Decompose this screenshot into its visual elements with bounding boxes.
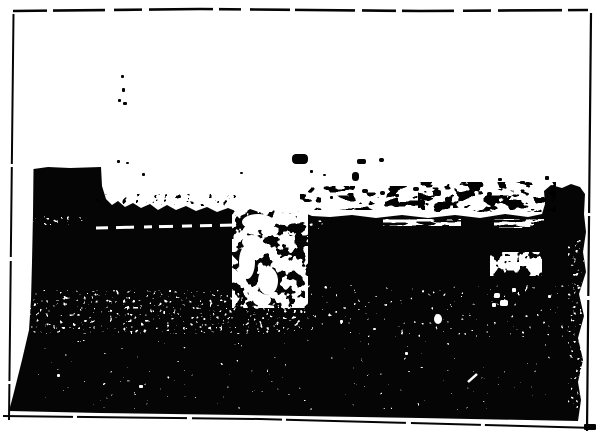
horizon-light-streak-left: [383, 219, 461, 226]
bottom-right-ink-tick: [584, 424, 596, 430]
right-light-clump: [490, 252, 542, 276]
speckle-band-left: [14, 290, 304, 334]
photocopied-photograph: [0, 0, 600, 438]
speckle-band-right: [304, 285, 570, 337]
lower-field-specks: [30, 340, 550, 410]
horizon-remnant-specks: [20, 216, 95, 225]
photo-canvas: [0, 0, 600, 438]
right-edge-tear-specks: [568, 240, 584, 408]
horizon-light-streak-right: [494, 219, 544, 228]
border-top: [13, 9, 588, 11]
